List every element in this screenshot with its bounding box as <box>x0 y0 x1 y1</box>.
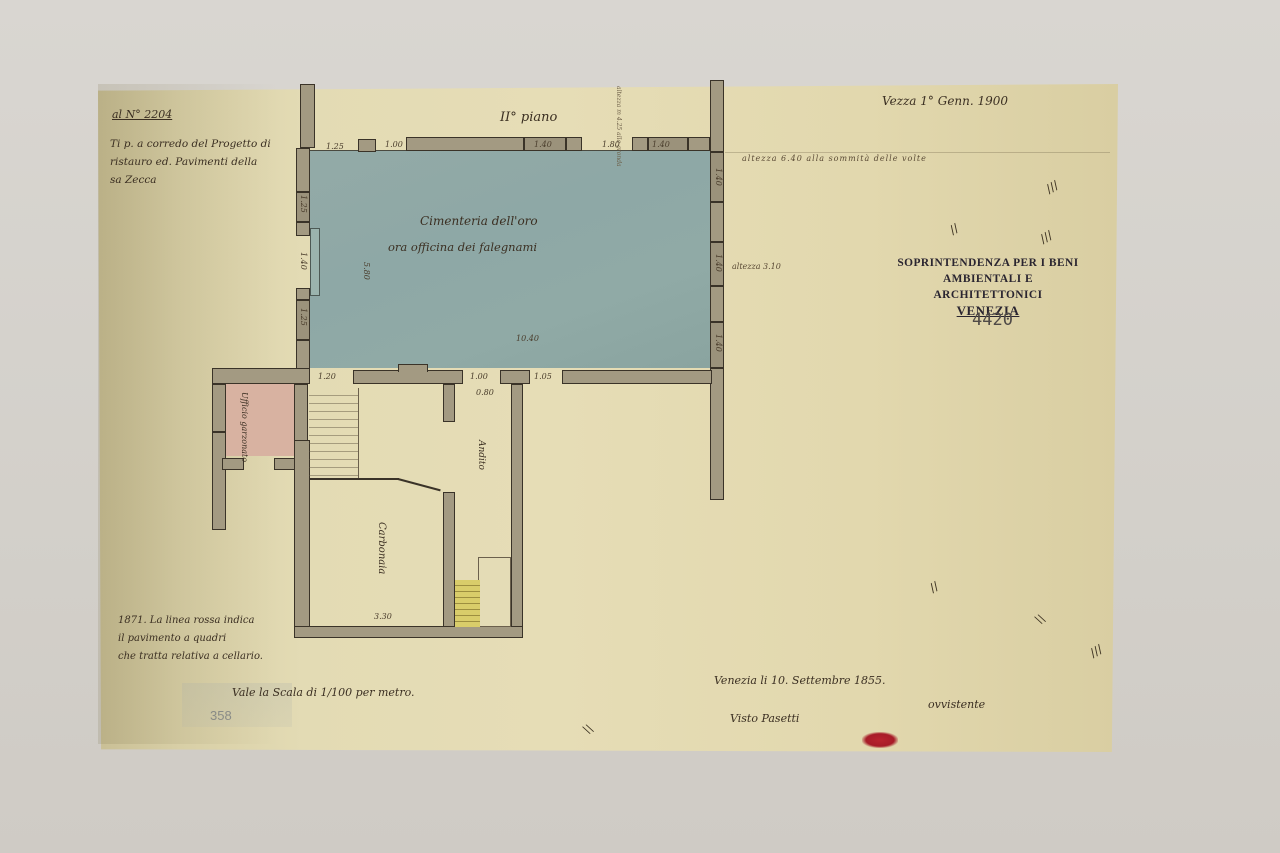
wall-bottom-4 <box>562 370 712 384</box>
side-height-note: altezza 3.10 <box>732 262 781 271</box>
guide-line <box>725 152 1110 153</box>
dim-corridor: 0.80 <box>476 388 494 397</box>
stamp-line-1: SOPRINTENDENZA PER I BENI <box>893 254 1083 270</box>
dim-top-1: 1.25 <box>326 142 344 151</box>
corridor-wall-right <box>511 384 523 634</box>
dim-door-3: 1.05 <box>534 372 552 381</box>
wall-right-long <box>710 368 724 500</box>
bottom-wall <box>294 626 523 638</box>
coal-room-label: Carbonaia <box>376 522 387 574</box>
corridor-wall-left <box>443 492 455 632</box>
wall-bottom-3 <box>500 370 530 384</box>
wall-left-1 <box>296 148 310 192</box>
partition-line <box>309 478 399 480</box>
place-date: Venezia li 10. Settembre 1855. <box>714 674 886 687</box>
wall-left-lower <box>294 440 310 638</box>
dim-left-2: 1.40 <box>299 252 308 270</box>
main-room-label-line-1: Cimenteria dell'oro <box>420 214 538 228</box>
legend-note-line-1: 1871. La linea rossa indica <box>118 612 263 630</box>
faded-archive-number: 358 <box>210 708 232 723</box>
top-right-date: Vezza 1° Genn. 1900 <box>882 94 1008 108</box>
wall-top-left-pier <box>300 84 315 148</box>
legend-note: 1871. La linea rossa indica il pavimento… <box>118 612 263 666</box>
corridor-wall-top <box>443 384 455 422</box>
wall-bottom-2 <box>353 370 463 384</box>
office-room <box>226 384 296 456</box>
wall-top-pier-2 <box>566 137 582 151</box>
dim-left-3: 1.25 <box>299 308 308 326</box>
office-label: Ufficio garzonato <box>240 392 249 462</box>
service-stairs <box>455 580 480 627</box>
window-recess <box>310 228 320 296</box>
main-room-workshop <box>310 150 710 368</box>
dim-top-5: 1.40 <box>652 140 670 149</box>
dim-coal-room: 3.30 <box>374 612 392 621</box>
dim-main-depth: 5.80 <box>362 262 371 280</box>
dim-left-1: 1.25 <box>299 195 308 213</box>
signature-left: Visto Pasetti <box>730 712 799 725</box>
project-note-line-2: ristauro ed. Pavimenti della <box>110 153 271 171</box>
vault-height-note: altezza 6.40 alla sommità delle volte <box>742 154 927 163</box>
floor-label: II° piano <box>500 110 557 125</box>
wall-right-2 <box>710 202 724 242</box>
main-room-label-line-2: ora officina dei falegnami <box>388 240 537 254</box>
dim-top-2: 1.00 <box>385 140 403 149</box>
dim-top-3: 1.40 <box>534 140 552 149</box>
project-note-line-3: sa Zecca <box>110 171 271 189</box>
wall-top-pier-3 <box>632 137 648 151</box>
corridor-label: Andito <box>476 440 486 470</box>
red-wax-seal <box>862 732 898 748</box>
legend-note-line-2: il pavimento a quadri <box>118 630 263 648</box>
dim-right-1: 1.40 <box>714 168 723 186</box>
office-wall-bottom-right <box>274 458 296 470</box>
legend-note-line-3: che tratta relativa a cellario. <box>118 648 263 666</box>
wall-right-4 <box>710 286 724 322</box>
office-wall-left <box>212 384 226 432</box>
dim-door-2: 1.00 <box>470 372 488 381</box>
dim-right-2: 1.40 <box>714 254 723 272</box>
wall-left-3 <box>296 222 310 236</box>
wall-left-4 <box>296 288 310 300</box>
staircase <box>309 388 359 478</box>
dim-main-width: 10.40 <box>516 334 539 343</box>
stamp-line-2: AMBIENTALI E ARCHITETTONICI <box>893 270 1083 302</box>
wall-top-pier-1 <box>358 139 376 152</box>
project-note-line-1: Ti p. a corredo del Progetto di <box>110 135 271 153</box>
wall-top-right-pier <box>710 80 724 152</box>
stair-landing <box>478 557 511 627</box>
wall-top-segment-4 <box>688 137 710 151</box>
dim-right-3: 1.40 <box>714 334 723 352</box>
office-wall-right <box>294 384 308 444</box>
reference-number: al N° 2204 <box>112 108 172 121</box>
signature-right: ovvistente <box>928 698 985 711</box>
height-note-vertical: altezza m 4.25 alla gronda <box>615 86 622 167</box>
office-wall-left-lower <box>212 432 226 530</box>
archive-number: 4420 <box>972 310 1013 330</box>
project-note: Ti p. a corredo del Progetto di ristauro… <box>110 135 271 189</box>
wall-bottom-bump <box>398 364 428 372</box>
wall-top-segment-1 <box>406 137 524 151</box>
wall-left-6 <box>296 340 310 370</box>
wall-bottom-1 <box>212 368 310 384</box>
scale-note: Vale la Scala di 1/100 per metro. <box>232 686 415 699</box>
dim-door-1: 1.20 <box>318 372 336 381</box>
dim-top-4: 1.80 <box>602 140 620 149</box>
